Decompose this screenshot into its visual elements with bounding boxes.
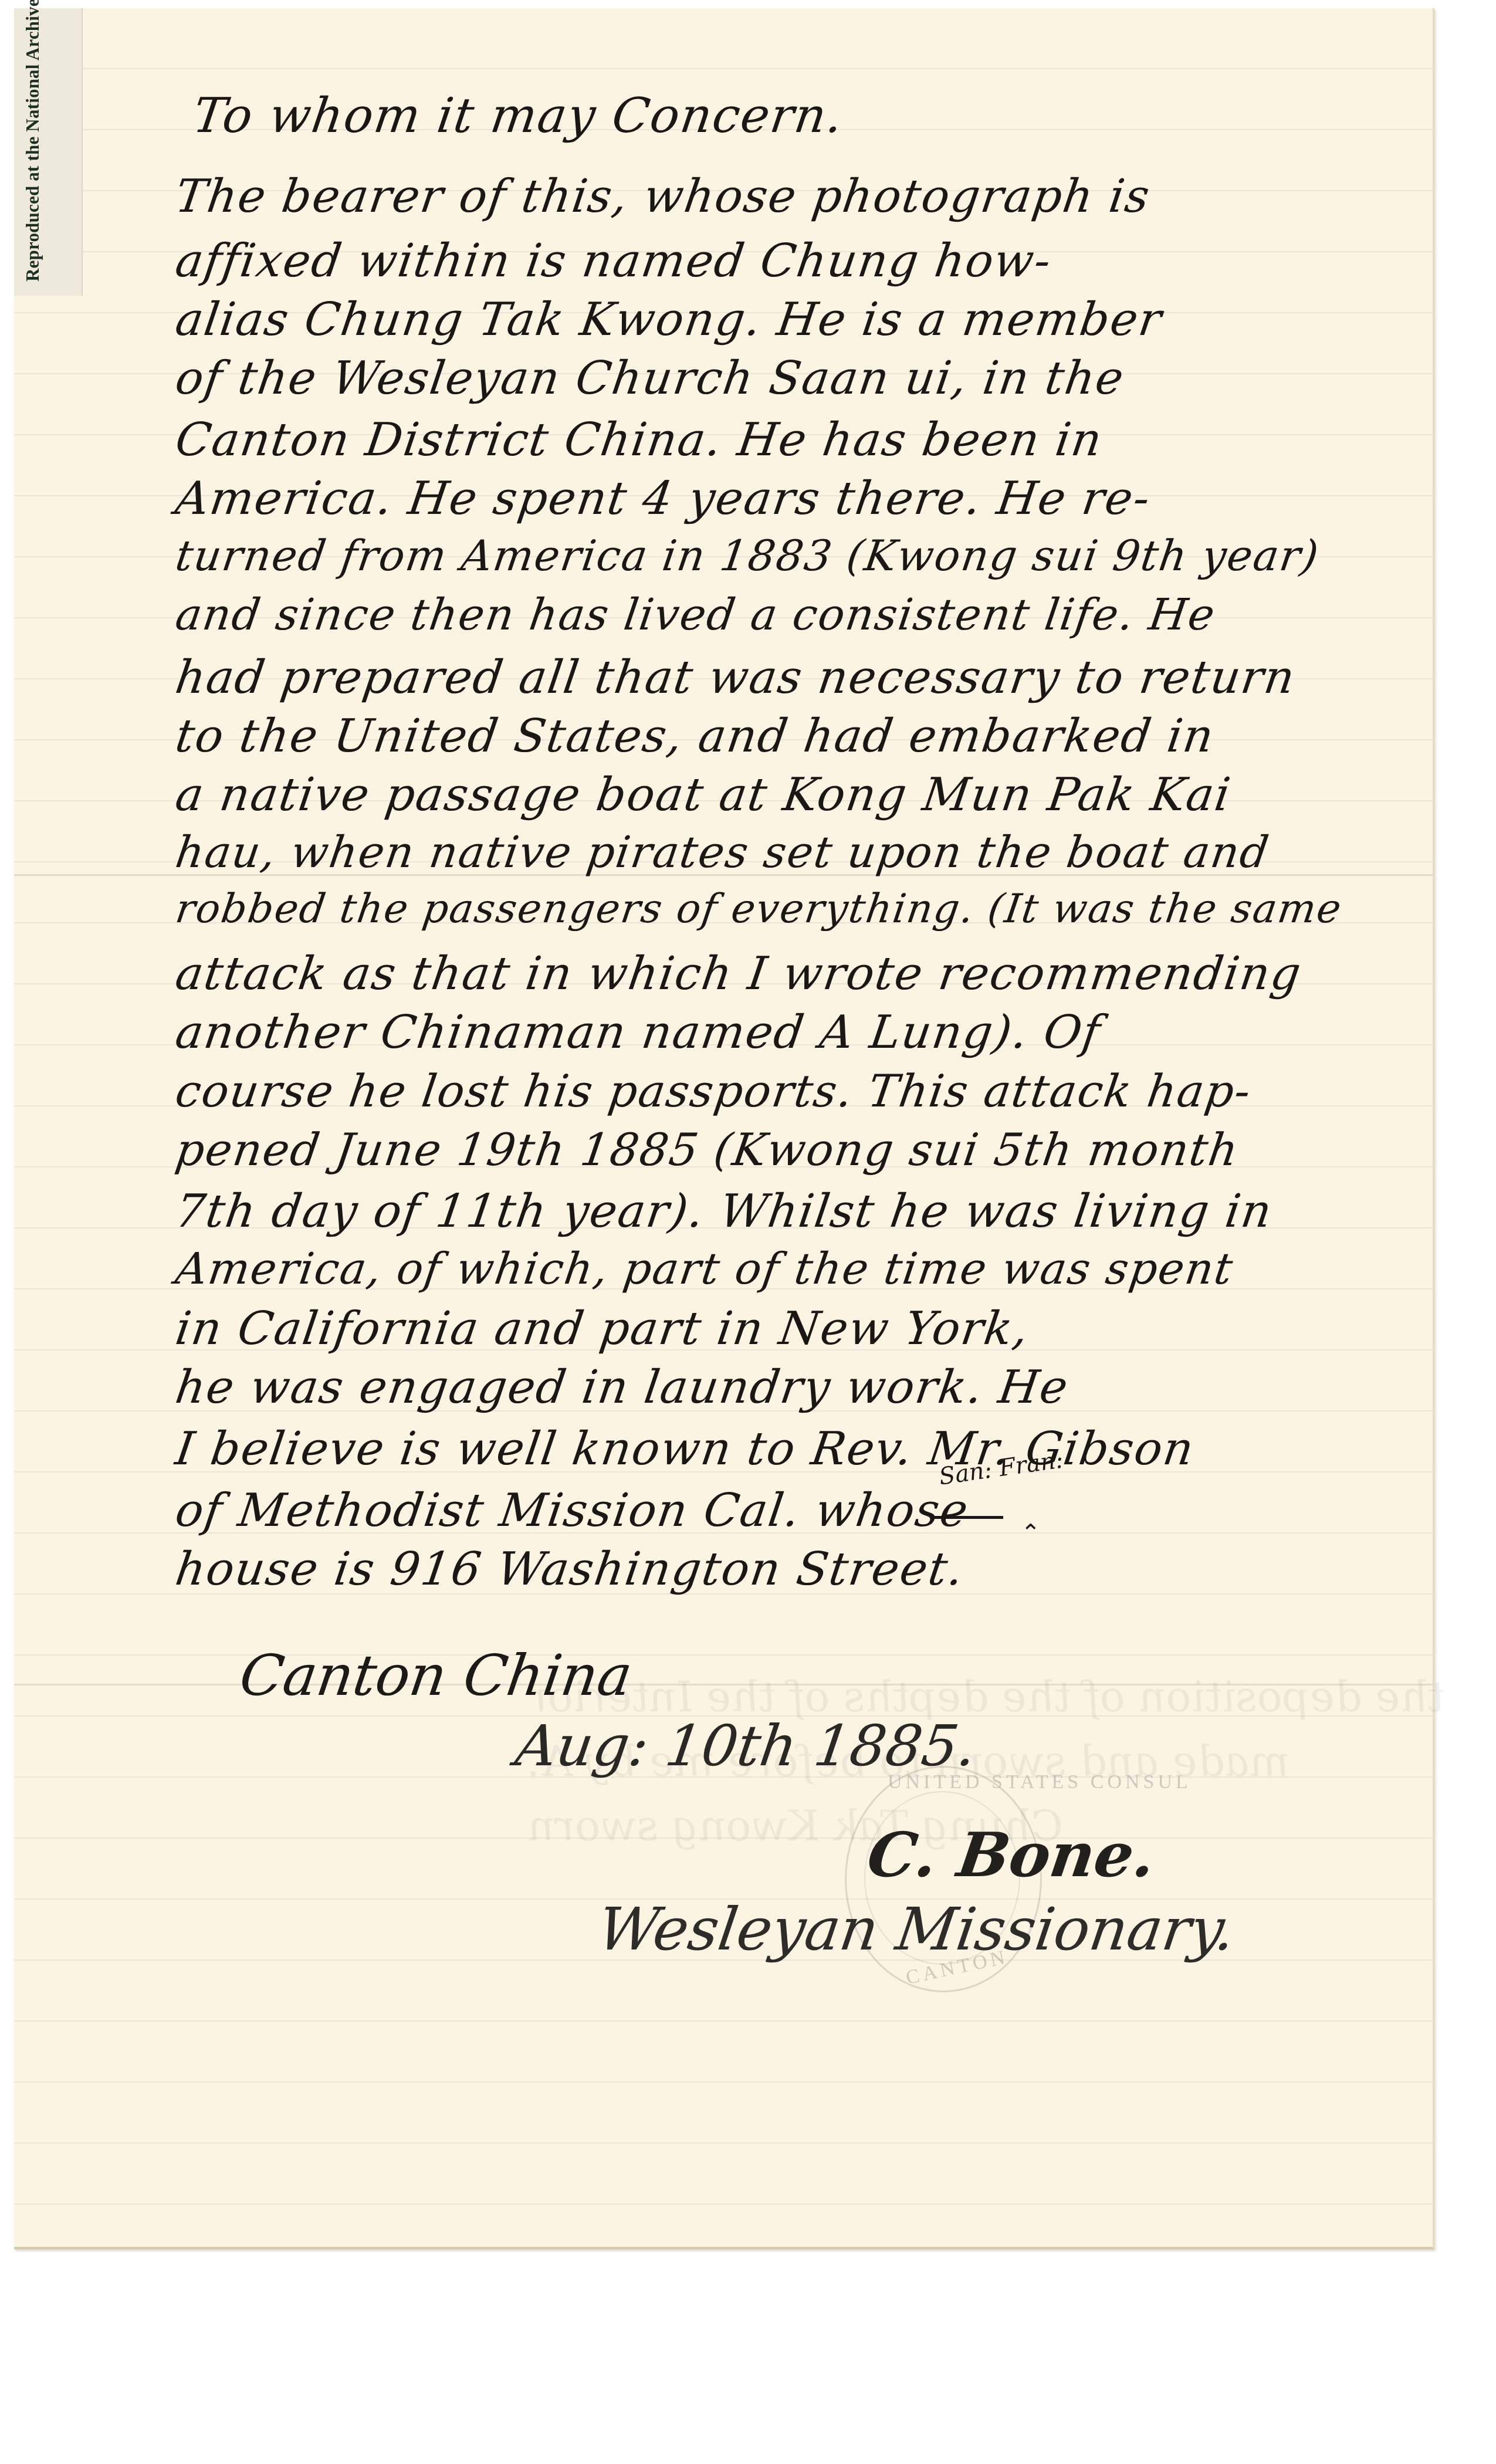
salutation: To whom it may Concern. <box>189 88 847 144</box>
letter-line: attack as that in which I wrote recommen… <box>172 947 1305 1000</box>
letter-line: Canton District China. He has been in <box>172 414 1106 466</box>
letter-line: 7th day of 11th year). Whilst he was liv… <box>172 1185 1276 1238</box>
signature: C. Bone. <box>863 1819 1160 1891</box>
letter-line: The bearer of this, whose photograph is <box>172 170 1154 223</box>
letter-line: course he lost his passports. This attac… <box>172 1065 1255 1117</box>
letter-line: a native passage boat at Kong Mun Pak Ka… <box>172 769 1235 821</box>
place-line: Canton China <box>236 1643 636 1708</box>
letter-line: he was engaged in laundry work. He <box>172 1361 1072 1414</box>
letter-line: affixed within is named Chung how- <box>172 235 1055 287</box>
letter-line: robbed the passengers of everything. (It… <box>172 886 1345 932</box>
strikethrough-mark <box>933 1516 1003 1519</box>
signature-title: Wesleyan Missionary. <box>594 1895 1240 1964</box>
letter-line: another Chinaman named A Lung). Of <box>172 1006 1105 1059</box>
archive-stamp-label: Reproduced at the National Archives at S… <box>22 0 46 282</box>
letter-line: of the Wesleyan Church Saan ui, in the <box>172 352 1128 405</box>
letter-line: had prepared all that was necessary to r… <box>172 651 1299 704</box>
letter-line: America, of which, part of the time was … <box>172 1244 1237 1294</box>
letter-line: house is 916 Washington Street. <box>172 1543 968 1596</box>
letter-line: in California and part in New York, <box>172 1302 1033 1355</box>
letter-line: alias Chung Tak Kwong. He is a member <box>172 293 1166 346</box>
letter-line: turned from America in 1883 (Kwong sui 9… <box>172 531 1322 580</box>
letter-line: and since then has lived a consistent li… <box>172 590 1219 640</box>
insertion-caret-icon: ⌃ <box>1021 1519 1041 1546</box>
letter-line: hau, when native pirates set upon the bo… <box>172 827 1272 878</box>
letter-line: of Methodist Mission Cal. whose <box>172 1484 973 1537</box>
letter-line: to the United States, and had embarked i… <box>172 710 1218 763</box>
letter-line: pened June 19th 1885 (Kwong sui 5th mont… <box>172 1123 1243 1176</box>
letter-line: America. He spent 4 years there. He re- <box>172 472 1154 525</box>
date-line: Aug: 10th 1885. <box>512 1713 980 1779</box>
